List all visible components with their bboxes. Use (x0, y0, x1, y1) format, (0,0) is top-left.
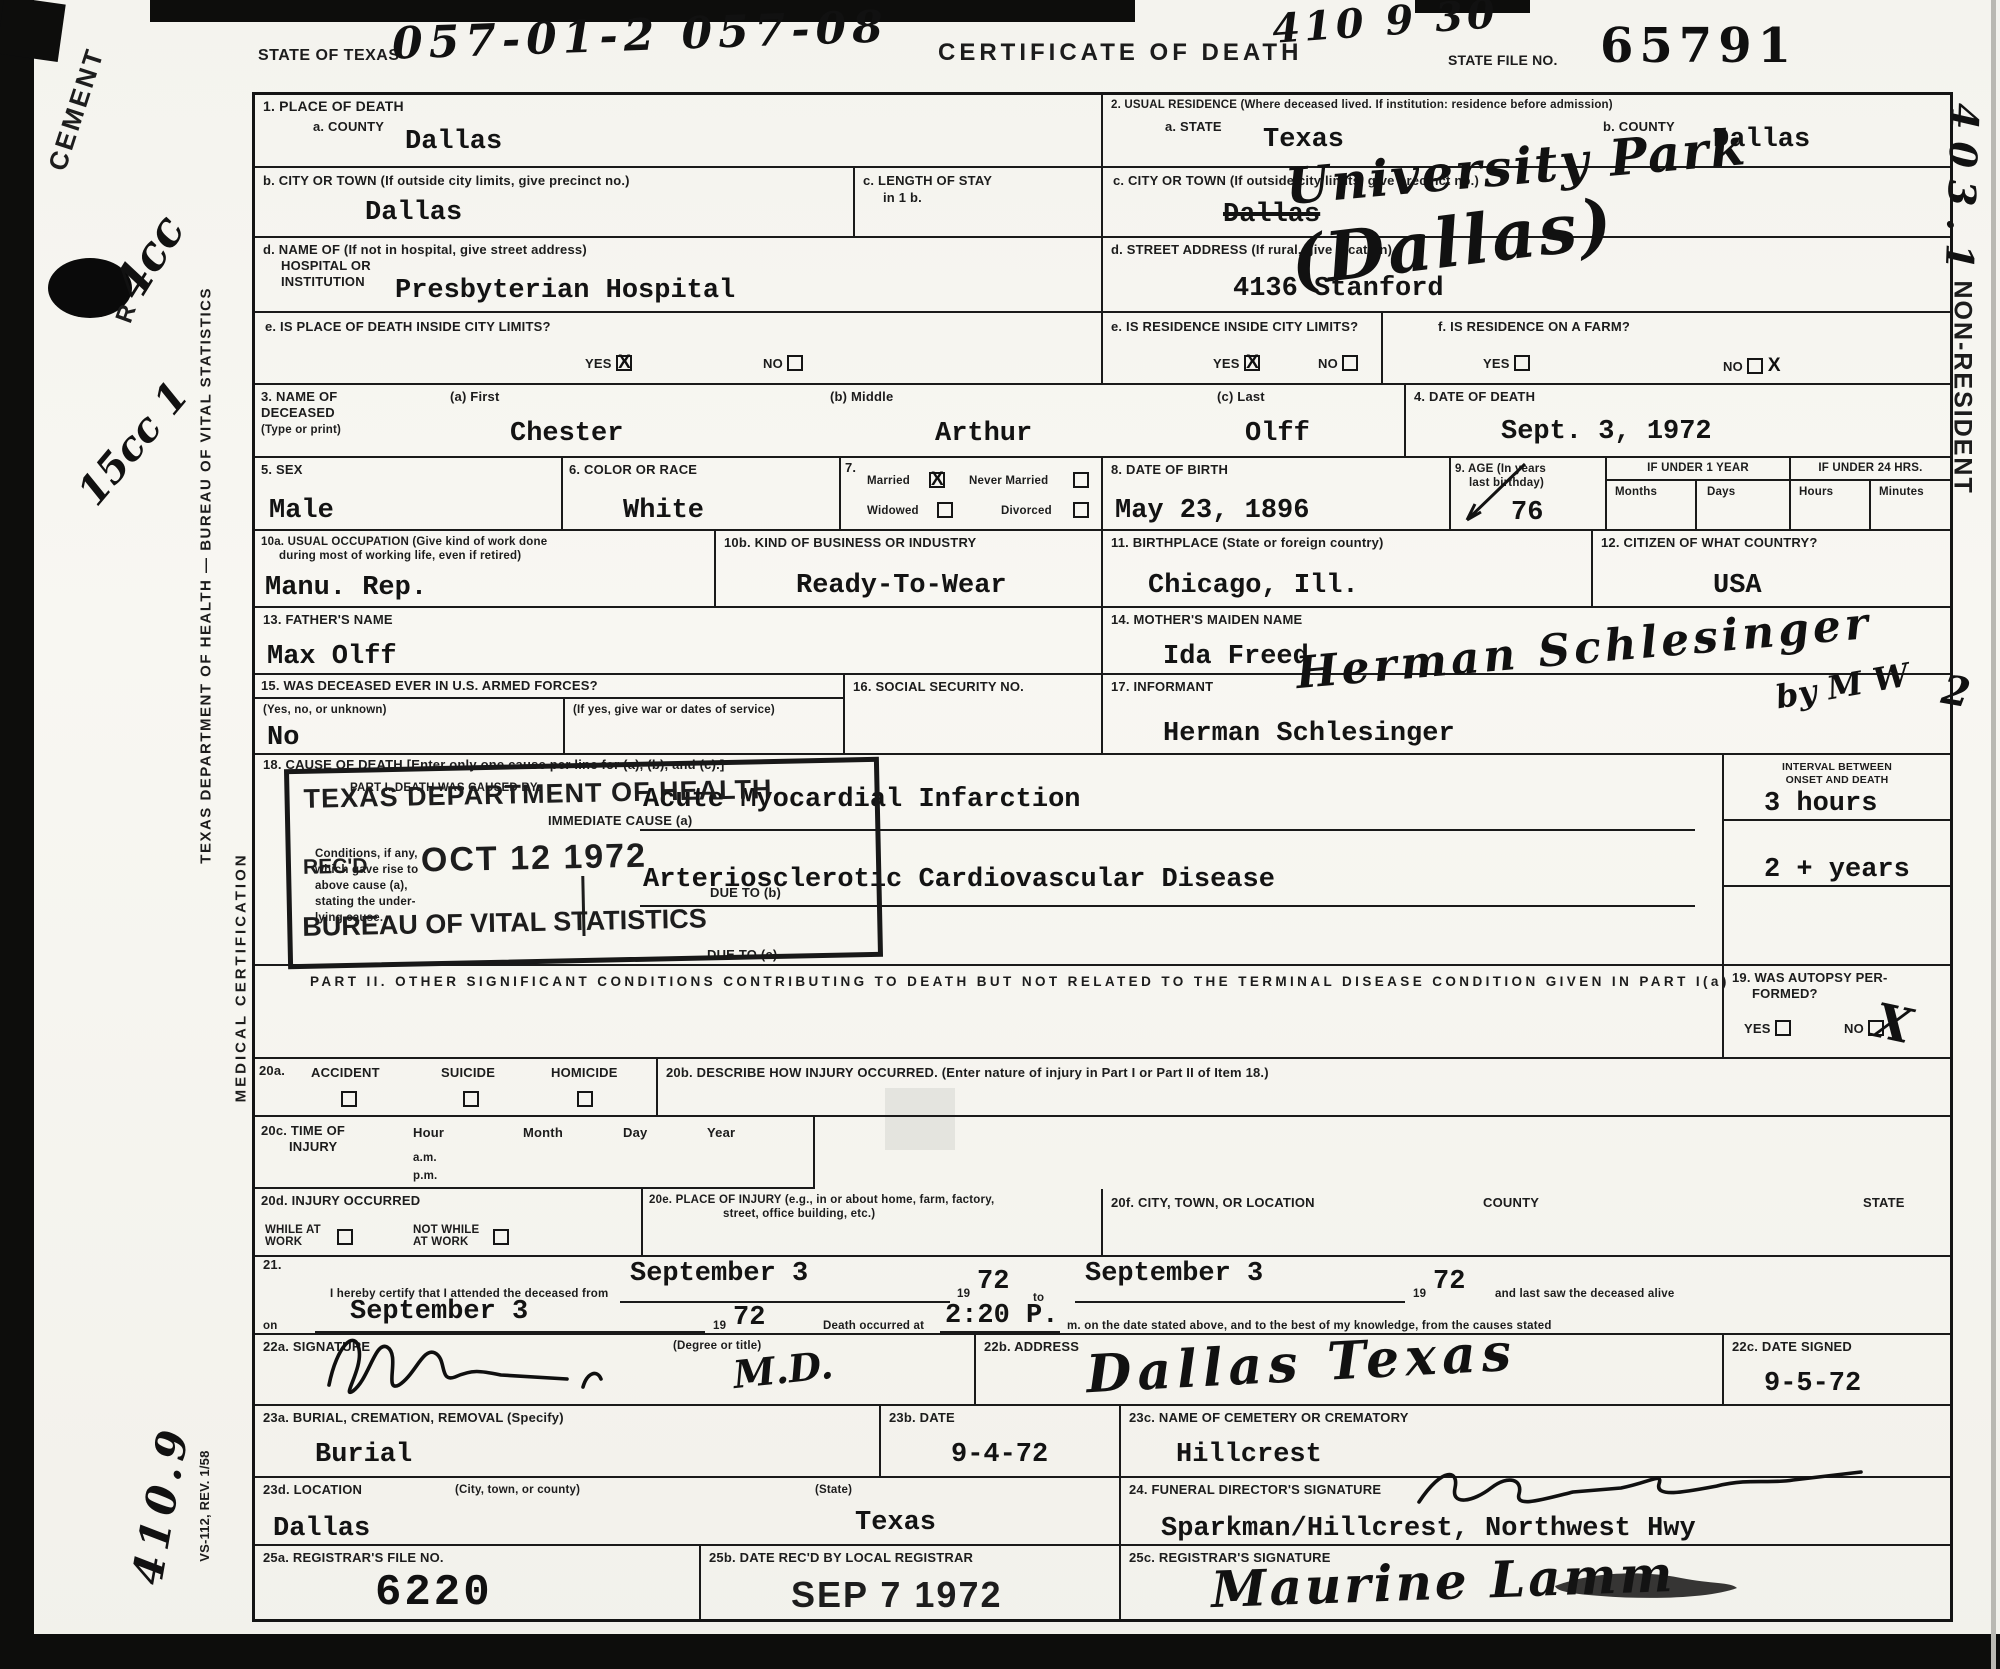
certify-text-2: and last saw the deceased alive (1495, 1287, 1674, 1301)
location-state-sublabel: (State) (815, 1483, 852, 1497)
from-year: 72 (977, 1269, 1009, 1296)
field-time-of-injury-blank (815, 1117, 1950, 1189)
residence-state-value: Texas (1263, 127, 1344, 154)
registrar-signature-smear (1551, 1564, 1741, 1604)
scan-edge-left (0, 0, 34, 1669)
replacement-stamp-fragment: CEMENT (42, 43, 111, 174)
date-of-death-label: 4. DATE OF DEATH (1414, 389, 1535, 405)
hours-label: Hours (1799, 485, 1833, 499)
field-usual-occupation: 10a. USUAL OCCUPATION (Give kind of work… (255, 531, 716, 608)
attended-from-date: September 3 (630, 1261, 808, 1288)
ssn-label: 16. SOCIAL SECURITY NO. (853, 679, 1024, 695)
degree-handwritten-md: M.D. (731, 1342, 835, 1397)
date-signed-value: 9-5-72 (1764, 1371, 1861, 1398)
item-21-number: 21. (263, 1257, 282, 1273)
months-label: Months (1615, 485, 1657, 499)
first-name-label: (a) First (450, 389, 499, 405)
field-burial-date: 23b. DATE 9-4-72 (881, 1406, 1121, 1478)
field-birthplace: 11. BIRTHPLACE (State or foreign country… (1103, 531, 1593, 608)
stamp-arrow (581, 876, 585, 936)
armed-forces-sublabel-1: (Yes, no, or unknown) (263, 703, 387, 717)
checkbox (1775, 1020, 1791, 1036)
received-stamp: TEXAS DEPARTMENT OF HEALTH REC'D OCT 12 … (284, 757, 883, 969)
date-received-stamp: SEP 7 1972 (791, 1574, 1003, 1616)
field-citizenship: 12. CITIZEN OF WHAT COUNTRY? USA (1593, 531, 1950, 608)
physician-signature-scribble (315, 1323, 665, 1403)
city-value: Dallas (365, 200, 462, 227)
item-20b-label: 20b. DESCRIBE HOW INJURY OCCURRED. (Ente… (666, 1065, 1269, 1081)
dob-label: 8. DATE OF BIRTH (1111, 462, 1228, 478)
hospital-value: Presbyterian Hospital (395, 278, 735, 305)
location-city-sublabel: (City, town, or county) (455, 1483, 580, 1497)
field-autopsy: 19. WAS AUTOPSY PER- FORMED? YES NO X (1724, 966, 1950, 1059)
hour-label: Hour (413, 1125, 444, 1141)
death-occurred-label: Death occurred at (823, 1319, 924, 1333)
x-mark: X (1768, 355, 1781, 376)
father-label: 13. FATHER'S NAME (263, 612, 393, 628)
interval-label-1: INTERVAL BETWEEN (1724, 761, 1950, 774)
location-city-value: Dallas (273, 1516, 370, 1543)
field-physician-signature: 22a. SIGNATURE (Degree or title) M.D. (255, 1335, 976, 1406)
field-injury-city-county-state: 20f. CITY, TOWN, OR LOCATION COUNTY STAT… (1103, 1189, 1950, 1257)
month-label: Month (523, 1125, 563, 1141)
attended-to-date: September 3 (1085, 1261, 1263, 1288)
day-label: Day (623, 1125, 647, 1141)
divider (1695, 479, 1697, 531)
item-20a-label: 20a. (259, 1063, 285, 1079)
field-marital-status: 7. Married X Never Married Widowed Divor… (841, 458, 1103, 531)
married-label: Married (867, 474, 910, 488)
scan-corner-blob (0, 0, 66, 62)
field-date-of-death: 4. DATE OF DEATH Sept. 3, 1972 (1406, 385, 1950, 458)
mother-value: Ida Freed (1163, 644, 1309, 671)
burial-value: Burial (315, 1442, 412, 1469)
registrar-file-label: 25a. REGISTRAR'S FILE NO. (263, 1550, 444, 1566)
citizen-label: 12. CITIZEN OF WHAT COUNTRY? (1601, 535, 1817, 551)
divider (1869, 479, 1871, 531)
informant-typed-value: Herman Schlesinger (1163, 721, 1455, 748)
field-physician-address: 22b. ADDRESS Dallas Texas (976, 1335, 1724, 1406)
on-word: on (263, 1319, 277, 1333)
funeral-director-signature-scribble (1411, 1458, 1871, 1516)
certificate-form: 1. PLACE OF DEATH a. COUNTY Dallas 2. US… (252, 92, 1953, 1622)
checkbox (1747, 358, 1763, 374)
occupation-label-1: 10a. USUAL OCCUPATION (Give kind of work… (261, 535, 547, 549)
to-year: 72 (1433, 1269, 1465, 1296)
autopsy-no-handwritten-x: X (1869, 993, 1917, 1056)
divider (1607, 479, 1789, 481)
blank-line (620, 1301, 950, 1303)
left-margin-medical-certification: MEDICAL CERTIFICATION (233, 767, 252, 1187)
yes-label: YES (1213, 356, 1240, 371)
state-column-label: STATE (1863, 1195, 1905, 1211)
sex-label: 5. SEX (261, 462, 303, 478)
stamp-recd: REC'D (303, 855, 368, 880)
autopsy-label-2: FORMED? (1752, 986, 1818, 1002)
field-date-signed: 22c. DATE SIGNED 9-5-72 (1724, 1335, 1950, 1406)
year-label: Year (707, 1125, 735, 1141)
field-residence-inside-city-limits: e. IS RESIDENCE INSIDE CITY LIMITS? YES … (1103, 313, 1383, 385)
while-at-work-label-2: WORK (265, 1235, 302, 1249)
residence-farm-no: NO X (1723, 355, 1781, 377)
item-20f-label: 20f. CITY, TOWN, OR LOCATION (1111, 1195, 1315, 1211)
scan-edge-bottom (0, 1634, 2000, 1669)
yes-label: YES (1483, 356, 1510, 371)
field-time-of-injury: 20c. TIME OF INJURY Hour a.m. p.m. Month… (255, 1117, 815, 1189)
checkbox-while-at-work (337, 1229, 353, 1245)
death-city-limits-label: e. IS PLACE OF DEATH INSIDE CITY LIMITS? (265, 319, 551, 335)
divider (1724, 819, 1950, 821)
hospital-label-3: INSTITUTION (281, 274, 365, 290)
length-of-stay-label: c. LENGTH OF STAY (863, 173, 992, 189)
field-armed-forces: 15. WAS DECEASED EVER IN U.S. ARMED FORC… (255, 675, 845, 755)
burial-date-label: 23b. DATE (889, 1410, 955, 1426)
divider (1724, 885, 1950, 887)
yes-label: YES (1744, 1021, 1771, 1036)
not-while-at-work-label-2: AT WORK (413, 1235, 468, 1249)
field-if-under-1-year: IF UNDER 1 YEAR Months Days (1607, 458, 1791, 531)
autopsy-label-1: 19. WAS AUTOPSY PER- (1732, 970, 1887, 986)
county-label: a. COUNTY (313, 119, 384, 135)
cemetery-value: Hillcrest (1176, 1442, 1322, 1469)
field-registrar-signature: 25c. REGISTRAR'S SIGNATURE Maurine Lamm (1121, 1546, 1950, 1619)
interval-label-2: ONSET AND DEATH (1724, 774, 1950, 787)
race-label: 6. COLOR OR RACE (569, 462, 697, 478)
field-interval-onset-death: INTERVAL BETWEEN ONSET AND DEATH 3 hours… (1724, 755, 1950, 966)
industry-value: Ready-To-Wear (796, 573, 1007, 600)
birthplace-value: Chicago, Ill. (1148, 573, 1359, 600)
field-city-or-town: b. CITY OR TOWN (If outside city limits,… (255, 168, 855, 238)
middle-name-label: (b) Middle (830, 389, 893, 405)
sex-value: Male (269, 498, 334, 525)
checkbox-accident (341, 1091, 357, 1107)
under-1-year-label: IF UNDER 1 YEAR (1607, 461, 1789, 475)
widowed-label: Widowed (867, 504, 919, 518)
last-name-label: (c) Last (1217, 389, 1265, 405)
never-married-label: Never Married (969, 474, 1048, 488)
armed-forces-sublabel-2: (If yes, give war or dates of service) (573, 703, 775, 717)
city-label: b. CITY OR TOWN (If outside city limits,… (263, 173, 630, 189)
checkbox-not-while-at-work (493, 1229, 509, 1245)
father-value: Max Olff (267, 644, 397, 671)
field-registrar-file-no: 25a. REGISTRAR'S FILE NO. 6220 (255, 1546, 701, 1619)
address-handwritten-value: Dallas Texas (1085, 1322, 1519, 1405)
location-state-value: Texas (855, 1510, 936, 1537)
location-label: 23d. LOCATION (263, 1482, 362, 1498)
occupation-value: Manu. Rep. (265, 575, 427, 602)
residence-city-limits-yes: YES X (1213, 355, 1260, 373)
divider (563, 697, 565, 755)
field-cause-of-death: 18. CAUSE OF DEATH [Enter only one cause… (255, 755, 1724, 966)
minutes-label: Minutes (1879, 485, 1924, 499)
handwritten-slash-mark (1451, 458, 1541, 528)
field-injury-occurred: 20d. INJURY OCCURRED WHILE AT WORK NOT W… (255, 1189, 643, 1257)
replacement-stamp-letter: R (111, 301, 143, 327)
hospital-label-1: d. NAME OF (If not in hospital, give str… (263, 242, 587, 258)
occupation-label-2: during most of working life, even if ret… (279, 549, 521, 563)
name-label-2: DECEASED (261, 405, 335, 421)
left-margin-department-text: TEXAS DEPARTMENT OF HEALTH — BUREAU OF V… (198, 250, 217, 900)
stamp-line-1: TEXAS DEPARTMENT OF HEALTH (303, 774, 773, 815)
field-name-of-deceased: 3. NAME OF DECEASED (Type or print) (a) … (255, 385, 1406, 458)
alive-year: 72 (733, 1305, 765, 1332)
registrar-file-value: 6220 (375, 1568, 493, 1618)
item-20e-label-2: street, office building, etc.) (723, 1207, 875, 1221)
left-margin-form-code: VS-112, REV. 1/58 (197, 1401, 213, 1611)
no-label: NO (1318, 356, 1338, 371)
margin-note-410-9: 410.9 (123, 1421, 199, 1589)
field-age: 9. AGE (In years last birthday) 76 (1451, 458, 1607, 531)
field-part-2-conditions: PART II. OTHER SIGNIFICANT CONDITIONS CO… (255, 966, 1724, 1059)
length-of-stay-sublabel: in 1 b. (883, 190, 922, 206)
alive-on-date: September 3 (350, 1299, 528, 1326)
checkbox-suicide (463, 1091, 479, 1107)
field-length-of-stay: c. LENGTH OF STAY in 1 b. (855, 168, 1103, 238)
field-place-of-injury: 20e. PLACE OF INJURY (e.g., in or about … (643, 1189, 1103, 1257)
name-label-3: (Type or print) (261, 423, 341, 437)
name-label-1: 3. NAME OF (261, 389, 337, 405)
birthplace-label: 11. BIRTHPLACE (State or foreign country… (1111, 535, 1384, 551)
death-certificate-scan: CEMENT R 4cc 15cc 1 410.9 TEXAS DEPARTME… (0, 0, 2000, 1669)
place-of-death-heading: 1. PLACE OF DEATH (263, 98, 404, 116)
date-of-death-value: Sept. 3, 1972 (1501, 419, 1712, 446)
divorced-label: Divorced (1001, 504, 1052, 518)
county-column-label: COUNTY (1483, 1195, 1539, 1211)
field-fathers-name: 13. FATHER'S NAME Max Olff (255, 608, 1103, 675)
no-label: NO (763, 356, 783, 371)
field-describe-injury: 20b. DESCRIBE HOW INJURY OCCURRED. (Ente… (658, 1059, 1950, 1117)
field-date-of-birth: 8. DATE OF BIRTH May 23, 1896 (1103, 458, 1451, 531)
usual-residence-heading: 2. USUAL RESIDENCE (Where deceased lived… (1111, 98, 1613, 112)
death-city-limits-yes: YES X (585, 355, 632, 373)
residence-city-limits-label: e. IS RESIDENCE INSIDE CITY LIMITS? (1111, 319, 1358, 335)
date-received-label: 25b. DATE REC'D BY LOCAL REGISTRAR (709, 1550, 973, 1566)
autopsy-yes: YES (1744, 1020, 1791, 1038)
field-hospital-name: d. NAME OF (If not in hospital, give str… (255, 238, 1103, 313)
marital-label: 7. (845, 460, 856, 476)
stamp-line-3: BUREAU OF VITAL STATISTICS (302, 903, 707, 942)
residence-farm-label: f. IS RESIDENCE ON A FARM? (1438, 319, 1630, 335)
burial-label: 23a. BURIAL, CREMATION, REMOVAL (Specify… (263, 1410, 564, 1426)
am-label: a.m. (413, 1151, 437, 1165)
printed-19: 19 (1413, 1287, 1426, 1301)
field-sex: 5. SEX Male (255, 458, 563, 531)
state-file-number: 65791 (1600, 18, 1797, 74)
item-20d-label: 20d. INJURY OCCURRED (261, 1193, 420, 1209)
time-of-death-value: 2:20 P. (945, 1303, 1058, 1330)
interval-a-value: 3 hours (1764, 791, 1877, 818)
days-label: Days (1707, 485, 1735, 499)
industry-label: 10b. KIND OF BUSINESS OR INDUSTRY (724, 535, 976, 551)
scan-edge-right (1991, 0, 1996, 1669)
field-burial-cremation: 23a. BURIAL, CREMATION, REMOVAL (Specify… (255, 1406, 881, 1478)
hospital-label-2: HOSPITAL OR (281, 258, 371, 274)
stamp-date: OCT 12 1972 (421, 837, 648, 881)
date-signed-label: 22c. DATE SIGNED (1732, 1339, 1852, 1355)
field-date-received: 25b. DATE REC'D BY LOCAL REGISTRAR SEP 7… (701, 1546, 1121, 1619)
armed-forces-label: 15. WAS DECEASED EVER IN U.S. ARMED FORC… (261, 678, 598, 694)
field-death-inside-city-limits: e. IS PLACE OF DEATH INSIDE CITY LIMITS?… (255, 313, 1103, 385)
field-place-of-death-county: 1. PLACE OF DEATH a. COUNTY Dallas (255, 95, 1103, 168)
checkbox (1342, 355, 1358, 371)
x-mark: X (618, 352, 631, 374)
middle-name-value: Arthur (935, 421, 1032, 448)
checkbox-checked: X (1244, 355, 1260, 373)
yes-label: YES (585, 356, 612, 371)
county-value: Dallas (405, 129, 502, 156)
dob-value: May 23, 1896 (1115, 498, 1309, 525)
cemetery-label: 23c. NAME OF CEMETERY OR CREMATORY (1129, 1410, 1409, 1426)
pm-label: p.m. (413, 1169, 437, 1183)
part-2-label: PART II. OTHER SIGNIFICANT CONDITIONS CO… (310, 974, 1730, 991)
funeral-director-typed-value: Sparkman/Hillcrest, Northwest Hwy (1161, 1516, 1696, 1543)
printed-19: 19 (957, 1287, 970, 1301)
x-mark: X (1246, 352, 1259, 374)
item-20c-label-1: 20c. TIME OF (261, 1123, 345, 1139)
armed-forces-value: No (267, 725, 299, 752)
field-burial-location: 23d. LOCATION (City, town, or county) (S… (255, 1478, 1121, 1546)
burial-date-value: 9-4-72 (951, 1442, 1048, 1469)
last-name-value: Olff (1245, 421, 1310, 448)
state-of-texas-label: STATE OF TEXAS (258, 46, 400, 66)
blank-line (940, 1331, 1060, 1333)
divider (255, 697, 845, 699)
under-24-hrs-label: IF UNDER 24 HRS. (1791, 461, 1950, 475)
death-city-limits-no: NO (763, 355, 803, 373)
checkbox-divorced (1073, 502, 1089, 518)
checkbox-checked: X (616, 355, 632, 373)
handwritten-header-numbers: 410 9 30 (1271, 0, 1501, 53)
margin-note-15cc: 15cc 1 (68, 372, 198, 514)
checkbox-never-married (1073, 472, 1089, 488)
field-business-industry: 10b. KIND OF BUSINESS OR INDUSTRY Ready-… (716, 531, 1103, 608)
race-value: White (623, 498, 704, 525)
field-residence-on-farm: f. IS RESIDENCE ON A FARM? YES NO X (1383, 313, 1950, 385)
informant-label: 17. INFORMANT (1111, 679, 1213, 695)
blank-line (1075, 1301, 1405, 1303)
residence-state-label: a. STATE (1165, 119, 1222, 135)
checkbox (1514, 355, 1530, 371)
certificate-title: CERTIFICATE OF DEATH (938, 38, 1302, 68)
item-20e-label-1: 20e. PLACE OF INJURY (e.g., in or about … (649, 1193, 994, 1207)
field-if-under-24-hrs: IF UNDER 24 HRS. Hours Minutes (1791, 458, 1950, 531)
field-social-security-no: 16. SOCIAL SECURITY NO. (845, 675, 1103, 755)
residence-city-limits-no: NO (1318, 355, 1358, 373)
field-accident-suicide-homicide: 20a. ACCIDENT SUICIDE HOMICIDE (255, 1059, 658, 1117)
residence-farm-yes: YES (1483, 355, 1530, 373)
homicide-label: HOMICIDE (551, 1065, 618, 1081)
checkbox-homicide (577, 1091, 593, 1107)
printed-19: 19 (713, 1319, 726, 1333)
interval-b-value: 2 + years (1764, 857, 1910, 884)
suicide-label: SUICIDE (441, 1065, 495, 1081)
field-funeral-director-signature: 24. FUNERAL DIRECTOR'S SIGNATURE Sparkma… (1121, 1478, 1950, 1546)
funeral-director-label: 24. FUNERAL DIRECTOR'S SIGNATURE (1129, 1482, 1381, 1498)
address-label: 22b. ADDRESS (984, 1339, 1079, 1355)
checkbox-widowed (937, 502, 953, 518)
item-20c-label-2: INJURY (289, 1139, 337, 1155)
no-label: NO (1723, 359, 1743, 374)
first-name-value: Chester (510, 421, 623, 448)
state-file-no-label: STATE FILE NO. (1448, 52, 1558, 70)
accident-label: ACCIDENT (311, 1065, 380, 1081)
citizen-value: USA (1713, 573, 1762, 600)
x-mark: X (931, 469, 944, 491)
checkbox (787, 355, 803, 371)
mother-label: 14. MOTHER'S MAIDEN NAME (1111, 612, 1302, 628)
no-label: NO (1844, 1021, 1864, 1036)
checkbox-married-checked: X (929, 472, 945, 490)
field-color-or-race: 6. COLOR OR RACE White (563, 458, 841, 531)
